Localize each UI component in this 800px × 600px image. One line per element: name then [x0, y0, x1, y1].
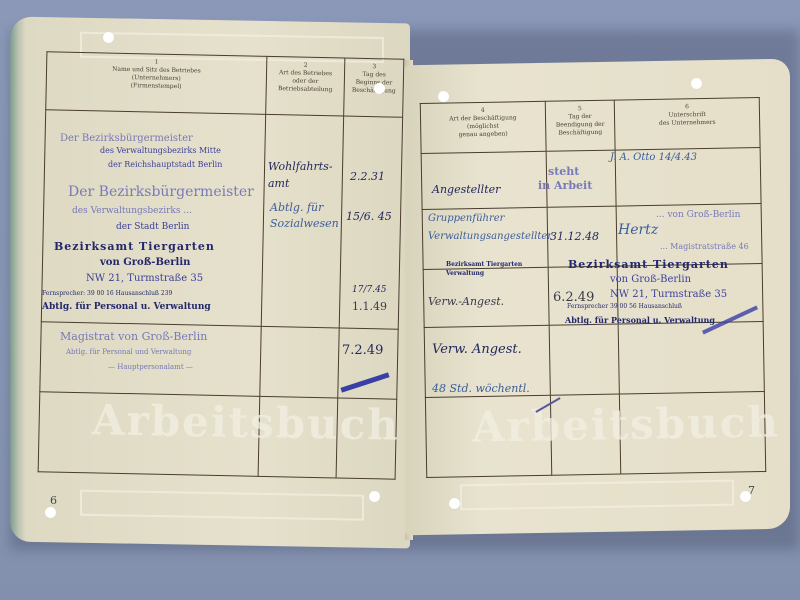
- employer-stamp-line: NW 21, Turmstraße 35: [86, 273, 203, 284]
- marker-dot: [740, 491, 751, 502]
- marker-dot: [369, 491, 380, 502]
- table-cell: [549, 324, 620, 395]
- start-date-entry: 17/7.45: [352, 285, 387, 295]
- occupation-note: 48 Std. wöchentl.: [432, 382, 530, 395]
- employer-stamp-line: des Verwaltungsbezirks ...: [72, 206, 192, 216]
- column-header-2: 2 Art des Betriebes oder der Betriebsabt…: [265, 56, 345, 116]
- employer-stamp-line: der Stadt Berlin: [116, 222, 189, 232]
- occupation-entry: Angestellter: [432, 183, 500, 196]
- business-type-entry: Abtlg. für Sozialwesen: [270, 200, 345, 232]
- occupation-stamp-line: Bezirksamt Tiergarten: [446, 261, 522, 268]
- column-header-1: 1 Name und Sitz des Betriebes (Unternehm…: [46, 52, 267, 115]
- marker-dot: [374, 83, 385, 94]
- employer-stamp-line: Fernsprecher: 39 00 16 Hausanschluß 239: [42, 290, 172, 297]
- signature-stamp-line: Abtlg. für Personal u. Verwaltung: [565, 315, 715, 325]
- occupation-entry: Verw. Angest.: [432, 342, 522, 357]
- end-date-entry: 31.12.48: [550, 230, 599, 243]
- marker-dot: [691, 78, 702, 89]
- employer-stamp-line: Abtlg. für Personal u. Verwaltung: [42, 302, 211, 312]
- marker-dot: [438, 91, 449, 102]
- employer-stamp-line: Bezirksamt Tiergarten: [54, 240, 215, 253]
- start-date-entry: 15/6. 45: [346, 210, 392, 223]
- decorative-border: [80, 490, 364, 521]
- table-cell: [259, 326, 339, 398]
- signature-stamp-line: von Groß-Berlin: [610, 274, 691, 285]
- employer-stamp-line: Der Bezirksbürgermeister: [68, 184, 254, 200]
- watermark-left: Arbeitsbuch: [92, 395, 401, 449]
- marker-dot: [449, 498, 460, 509]
- table-cell: [618, 322, 764, 395]
- business-type-entry: Wohlfahrts-amt: [268, 158, 338, 192]
- signature-stamp-line: ... von Groß-Berlin: [656, 210, 740, 220]
- column-header-5: 5 Tag der Beendigung der Beschäftigung: [545, 100, 615, 151]
- decorative-border: [460, 480, 734, 511]
- column-header-6: 6 Unterschrift des Unternehmers: [615, 98, 761, 151]
- end-date-entry: 6.2.49: [553, 290, 594, 305]
- table-cell: [421, 151, 547, 209]
- employer-stamp-line: Abtlg. für Personal und Verwaltung: [66, 348, 191, 356]
- marker-dot: [103, 32, 114, 43]
- signature-stamp-line: ... Magistratstraße 46: [660, 242, 749, 251]
- occupation-stamp-line: Verwaltung: [446, 270, 484, 277]
- signature-stamp-line: Bezirksamt Tiergarten: [568, 258, 729, 271]
- signature-stamp-line: NW 21, Turmstraße 35: [610, 289, 727, 300]
- marker-dot: [45, 507, 56, 518]
- page-number-left: 6: [50, 494, 57, 507]
- employer-stamp-line: des Verwaltungsbezirks Mitte: [100, 146, 221, 155]
- employer-stamp-line: Magistrat von Groß-Berlin: [60, 330, 207, 343]
- employer-signature: Hertz: [618, 222, 658, 238]
- end-date-stamp: steht: [548, 165, 579, 178]
- employer-stamp-line: Der Bezirksbürgermeister: [60, 133, 193, 144]
- employer-signature: J. A. Otto 14/4.43: [610, 152, 697, 163]
- start-date-entry: 2.2.31: [350, 170, 385, 183]
- employer-stamp-line: — Hauptpersonalamt —: [108, 363, 193, 371]
- employer-stamp-line: der Reichshauptstadt Berlin: [108, 160, 222, 169]
- occupation-entry: Gruppenführer Verwaltungsangestellter: [428, 210, 538, 246]
- end-date-stamp: in Arbeit: [538, 179, 592, 192]
- occupation-entry: Verw.-Angest.: [428, 295, 504, 308]
- column-header-4: 4 Art der Beschäftigung (möglichst genau…: [420, 101, 546, 153]
- employer-stamp-line: von Groß-Berlin: [100, 257, 190, 268]
- start-date-entry: 1.1.49: [352, 300, 387, 313]
- start-date-entry: 7.2.49: [342, 343, 383, 358]
- watermark-right: Arbeitsbuch: [472, 397, 781, 451]
